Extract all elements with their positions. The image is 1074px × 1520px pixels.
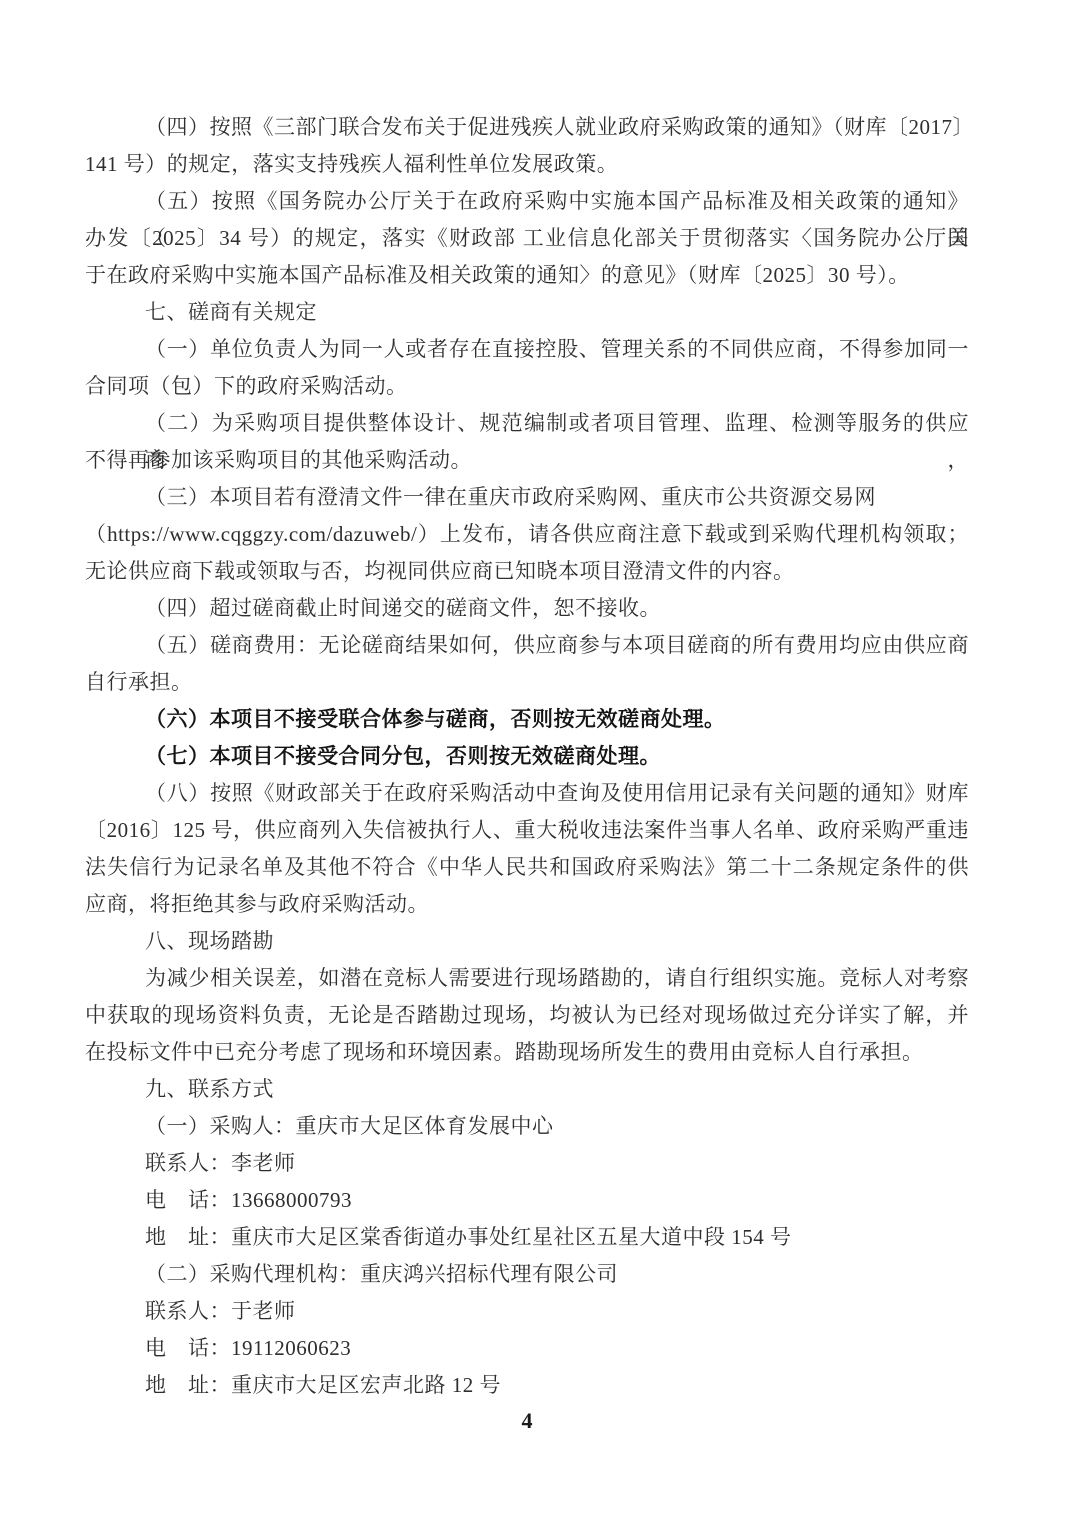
text-line: 〔2016〕125 号，供应商列入失信被执行人、重大税收违法案件当事人名单、政府… — [85, 812, 969, 849]
text-line: 地 址：重庆市大足区宏声北路 12 号 — [85, 1367, 969, 1404]
text-line: （二）采购代理机构：重庆鸿兴招标代理有限公司 — [85, 1256, 969, 1293]
text-line: 中获取的现场资料负责，无论是否踏勘过现场，均被认为已经对现场做过充分详实了解，并 — [85, 997, 969, 1034]
text-line: 自行承担。 — [85, 664, 969, 701]
text-line: 应商，将拒绝其参与政府采购活动。 — [85, 886, 969, 923]
text-line: 于在政府采购中实施本国产品标准及相关政策的通知〉的意见》（财库〔2025〕30 … — [85, 257, 969, 294]
text-line: （https://www.cqggzy.com/dazuweb/）上发布，请各供… — [85, 516, 969, 553]
text-line: 法失信行为记录名单及其他不符合《中华人民共和国政府采购法》第二十二条规定条件的供 — [85, 849, 969, 886]
text-line: （五）磋商费用：无论磋商结果如何，供应商参与本项目磋商的所有费用均应由供应商 — [85, 627, 969, 664]
text-line: 为减少相关误差，如潜在竞标人需要进行现场踏勘的，请自行组织实施。竞标人对考察 — [85, 960, 969, 997]
text-line: （六）本项目不接受联合体参与磋商，否则按无效磋商处理。 — [85, 701, 969, 738]
text-line: 无论供应商下载或领取与否，均视同供应商已知晓本项目澄清文件的内容。 — [85, 553, 969, 590]
text-line: 七、磋商有关规定 — [85, 294, 969, 331]
text-line: 141 号）的规定，落实支持残疾人福利性单位发展政策。 — [85, 146, 969, 183]
text-line: 联系人：于老师 — [85, 1293, 969, 1330]
text-line: （七）本项目不接受合同分包，否则按无效磋商处理。 — [85, 738, 969, 775]
text-line: （四）按照《三部门联合发布关于促进残疾人就业政府采购政策的通知》（财库〔2017… — [85, 109, 969, 146]
text-line: （八）按照《财政部关于在政府采购活动中查询及使用信用记录有关问题的通知》财库 — [85, 775, 969, 812]
text-line: （一）单位负责人为同一人或者存在直接控股、管理关系的不同供应商，不得参加同一 — [85, 331, 969, 368]
text-line: 八、现场踏勘 — [85, 923, 969, 960]
text-line: 在投标文件中已充分考虑了现场和环境因素。踏勘现场所发生的费用由竞标人自行承担。 — [85, 1034, 969, 1071]
document-body: （四）按照《三部门联合发布关于促进残疾人就业政府采购政策的通知》（财库〔2017… — [85, 109, 969, 1404]
text-line: （二）为采购项目提供整体设计、规范编制或者项目管理、监理、检测等服务的供应商， — [85, 405, 969, 442]
text-line: （四）超过磋商截止时间递交的磋商文件，恕不接收。 — [85, 590, 969, 627]
text-line: 联系人：李老师 — [85, 1145, 969, 1182]
text-line: 九、联系方式 — [85, 1071, 969, 1108]
text-line: 合同项（包）下的政府采购活动。 — [85, 368, 969, 405]
text-line: （三）本项目若有澄清文件一律在重庆市政府采购网、重庆市公共资源交易网 — [85, 479, 969, 516]
text-line: 办发〔2025〕34 号）的规定，落实《财政部 工业信息化部关于贯彻落实〈国务院… — [85, 220, 969, 257]
text-line: （五）按照《国务院办公厅关于在政府采购中实施本国产品标准及相关政策的通知》（国 — [85, 183, 969, 220]
text-line: 电 话：13668000793 — [85, 1182, 969, 1219]
text-line: 电 话：19112060623 — [85, 1330, 969, 1367]
page-number: 4 — [85, 1402, 969, 1439]
text-line: 地 址：重庆市大足区棠香街道办事处红星社区五星大道中段 154 号 — [85, 1219, 969, 1256]
document-page: （四）按照《三部门联合发布关于促进残疾人就业政府采购政策的通知》（财库〔2017… — [0, 0, 1074, 1520]
text-line: （一）采购人：重庆市大足区体育发展中心 — [85, 1108, 969, 1145]
